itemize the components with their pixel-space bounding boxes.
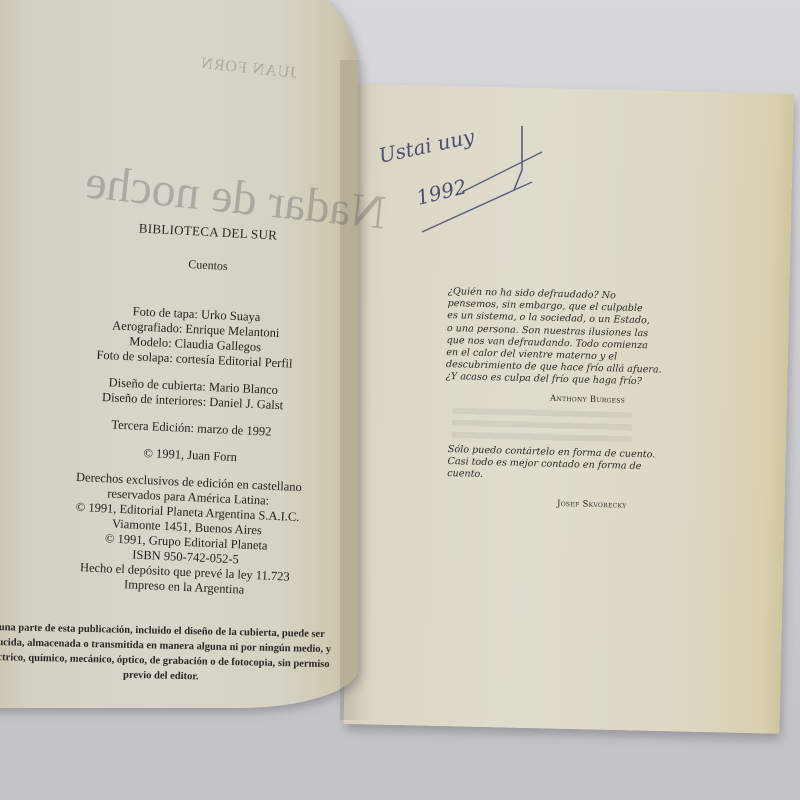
edition-line: Tercera Edición: marzo de 1992 [76,416,306,441]
book-photo: JUAN FORN Nadar de noche BIBLIOTECA DEL … [0,0,800,800]
credits-group-copyright-author: © 1991, Juan Forn [75,443,305,468]
credits-group-design: Diseño de cubierta: Mario Blanco Diseño … [77,374,308,414]
epigraph-burgess: ¿Quién no ha sido defraudado? No pensemo… [445,286,628,407]
copyright-credits: Foto de tapa: Urko Suaya Aerografiado: E… [68,302,311,612]
epigraph-skvorecky: Sólo puedo contártelo en forma de cuento… [446,444,628,512]
copyright-line: © 1991, Juan Forn [75,443,305,468]
book-gutter-shadow [340,60,370,720]
credits-group-photo: Foto de tapa: Urko Suaya Aerografiado: E… [79,302,311,372]
handwritten-signature: Ustai uuy 1992 [372,120,572,240]
rights-notice: una parte de esta publicación, incluido … [0,620,332,687]
show-through-text [452,408,633,447]
credits-group-edition: Tercera Edición: marzo de 1992 [76,416,306,441]
credits-group-publisher: Derechos exclusivos de edición en castel… [69,470,304,600]
